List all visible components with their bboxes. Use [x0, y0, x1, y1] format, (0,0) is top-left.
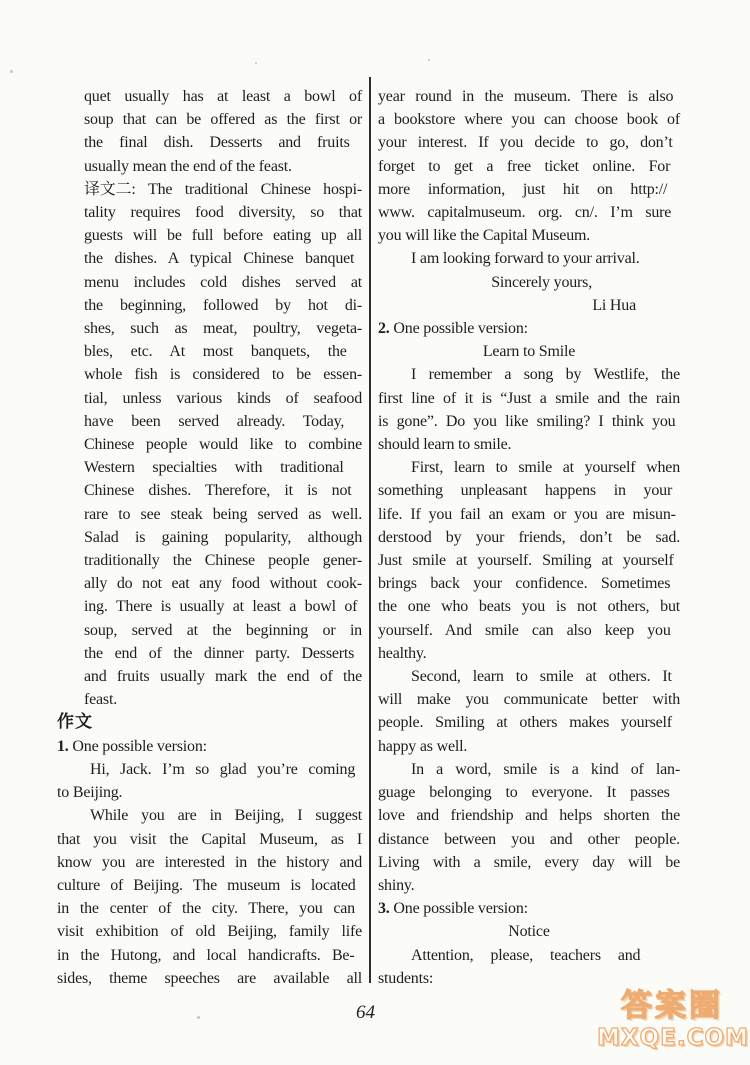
text-line: more information, just hit on http://	[378, 178, 680, 201]
text-line: is gone”. Do you like smiling? I think y…	[378, 410, 680, 433]
left-column: quet usually has at least a bowl ofsoup …	[57, 85, 362, 990]
text-line: whole fish is considered to be essen-	[57, 363, 362, 386]
text-line: guage belonging to everyone. It passes	[378, 781, 680, 804]
text-line: the end of the dinner party. Desserts	[57, 642, 362, 665]
text-line: Hi, Jack. I’m so glad you’re coming	[57, 758, 362, 781]
text-line: you will like the Capital Museum.	[378, 224, 680, 247]
page-number: 64	[356, 1002, 375, 1024]
text-line: 1. One possible version:	[57, 735, 362, 758]
text-line: Salad is gaining popularity, although	[57, 526, 362, 549]
document-page: quet usually has at least a bowl ofsoup …	[0, 0, 750, 1065]
text-line: 译文二: The traditional Chinese hospi-	[57, 178, 362, 201]
text-line: the one who beats you is not others, but	[378, 595, 680, 618]
text-line: ing. There is usually at least a bowl of	[57, 595, 362, 618]
text-line: Learn to Smile	[378, 340, 680, 363]
text-line: brings back your confidence. Sometimes	[378, 572, 680, 595]
text-line: soup, served at the beginning or in	[57, 619, 362, 642]
text-line: guests will be full before eating up all	[57, 224, 362, 247]
text-line: should learn to smile.	[378, 433, 680, 456]
text-line: traditionally the Chinese people gener-	[57, 549, 362, 572]
text-line: rare to see steak being served as well.	[57, 503, 362, 526]
text-line: bles, etc. At most banquets, the	[57, 340, 362, 363]
text-line: yourself. And smile can also keep you	[378, 619, 680, 642]
paper-speck	[197, 1016, 200, 1019]
text-line: healthy.	[378, 642, 680, 665]
text-line: distance between you and other people.	[378, 828, 680, 851]
text-line: first line of it is “Just a smile and th…	[378, 387, 680, 410]
right-column: year round in the museum. There is alsoa…	[378, 85, 680, 990]
text-line: Western specialties with traditional	[57, 456, 362, 479]
watermark-site: MXQE.COM	[597, 1026, 747, 1050]
text-line: will make you communicate better with	[378, 688, 680, 711]
paper-speck	[10, 70, 13, 73]
text-line: Notice	[378, 920, 680, 943]
text-line: your interest. If you decide to go, don’…	[378, 131, 680, 154]
paper-speck	[428, 59, 430, 61]
watermark: 答案圈 MXQE.COM	[597, 990, 747, 1050]
text-line: the dishes. A typical Chinese banquet	[57, 247, 362, 270]
paper-speck	[255, 62, 257, 64]
text-line: menu includes cold dishes served at	[57, 271, 362, 294]
text-line: Second, learn to smile at others. It	[378, 665, 680, 688]
text-line: in the center of the city. There, you ca…	[57, 897, 362, 920]
text-line: soup that can be offered as the first or	[57, 108, 362, 131]
text-line: students:	[378, 967, 680, 990]
text-line: feast.	[57, 688, 362, 711]
text-line: people. Smiling at others makes yourself	[378, 711, 680, 734]
text-line: In a word, smile is a kind of lan-	[378, 758, 680, 781]
text-line: First, learn to smile at yourself when	[378, 456, 680, 479]
text-line: something unpleasant happens in your	[378, 479, 680, 502]
text-line: the final dish. Desserts and fruits	[57, 131, 362, 154]
text-line: Just smile at yourself. Smiling at yours…	[378, 549, 680, 572]
text-line: Attention, please, teachers and	[378, 944, 680, 967]
text-line: tality requires food diversity, so that	[57, 201, 362, 224]
text-line: know you are interested in the history a…	[57, 851, 362, 874]
text-line: Li Hua	[378, 294, 680, 317]
text-line: love and friendship and helps shorten th…	[378, 804, 680, 827]
text-line: a bookstore where you can choose book of	[378, 108, 680, 131]
text-line: Living with a smile, every day will be	[378, 851, 680, 874]
text-line: 3. One possible version:	[378, 897, 680, 920]
text-line: have been served already. Today,	[57, 410, 362, 433]
column-divider	[369, 77, 371, 983]
text-line: Sincerely yours,	[378, 271, 680, 294]
text-line: visit exhibition of old Beijing, family …	[57, 920, 362, 943]
text-line: life. If you fail an exam or you are mis…	[378, 503, 680, 526]
text-line: Chinese dishes. Therefore, it is not	[57, 479, 362, 502]
text-line: shiny.	[378, 874, 680, 897]
text-line: in the Hutong, and local handicrafts. Be…	[57, 944, 362, 967]
text-line: derstood by your friends, don’t be sad.	[378, 526, 680, 549]
text-line: 2. One possible version:	[378, 317, 680, 340]
text-line: I remember a song by Westlife, the	[378, 363, 680, 386]
watermark-logo: 答案圈	[597, 990, 747, 1023]
text-line: quet usually has at least a bowl of	[57, 85, 362, 108]
text-line: happy as well.	[378, 735, 680, 758]
text-line: While you are in Beijing, I suggest	[57, 804, 362, 827]
text-line: and fruits usually mark the end of the	[57, 665, 362, 688]
text-line: culture of Beijing. The museum is locate…	[57, 874, 362, 897]
text-line: ally do not eat any food without cook-	[57, 572, 362, 595]
text-line: Chinese people would like to combine	[57, 433, 362, 456]
text-line: year round in the museum. There is also	[378, 85, 680, 108]
text-line: www. capitalmuseum. org. cn/. I’m sure	[378, 201, 680, 224]
text-line: to Beijing.	[57, 781, 362, 804]
text-line: tial, unless various kinds of seafood	[57, 387, 362, 410]
text-line: that you visit the Capital Museum, as I	[57, 828, 362, 851]
text-line: forget to get a free ticket online. For	[378, 155, 680, 178]
text-line: usually mean the end of the feast.	[57, 155, 362, 178]
text-line: sides, theme speeches are available all	[57, 967, 362, 990]
text-line: 作文	[57, 711, 362, 734]
text-line: I am looking forward to your arrival.	[378, 247, 680, 270]
text-line: shes, such as meat, poultry, vegeta-	[57, 317, 362, 340]
text-line: the beginning, followed by hot di-	[57, 294, 362, 317]
